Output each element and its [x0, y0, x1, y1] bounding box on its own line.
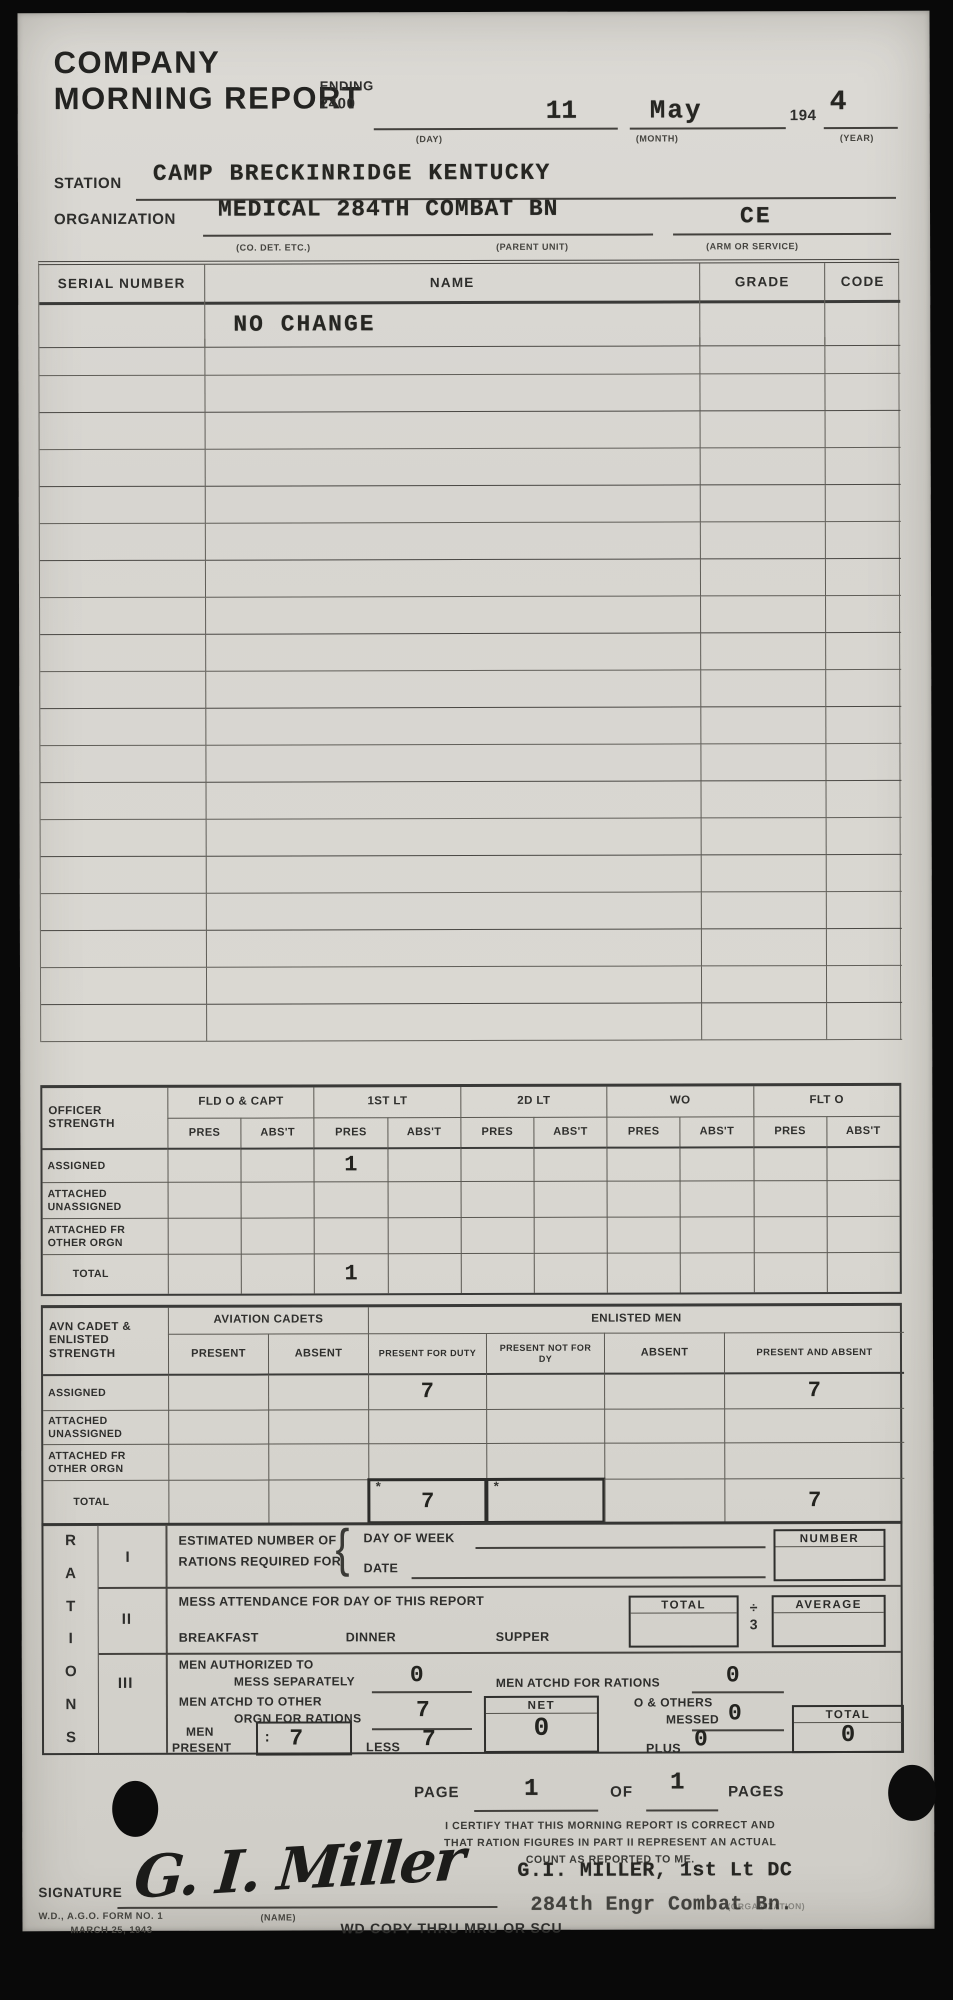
strength-value-cell	[168, 1410, 268, 1444]
strength-value-cell	[460, 1181, 533, 1217]
officer-sub-pres: PRES	[607, 1116, 680, 1146]
strength-value-cell	[753, 1180, 826, 1216]
strength-value-cell	[680, 1180, 753, 1216]
roster-empty-cell	[826, 966, 902, 1003]
men-present-line2: PRESENT	[172, 1741, 232, 1755]
plus-value: 0	[694, 1726, 708, 1752]
roster-empty-cell	[40, 746, 205, 783]
rations-vertical-letter: I	[69, 1631, 73, 1648]
officer-sub-pres: PRES	[753, 1116, 826, 1146]
form-title-line1: COMPANY	[54, 47, 221, 78]
roster-empty-cell	[700, 633, 825, 670]
roster-empty-cell	[700, 522, 825, 559]
strength-value-cell	[753, 1146, 826, 1180]
roster-empty-cell	[40, 450, 205, 487]
enlisted-sub-present-for-duty: PRESENT FOR DUTY	[368, 1333, 486, 1373]
officer-group-1st-lt: 1ST LT	[314, 1087, 460, 1117]
strength-value-cell	[534, 1253, 607, 1293]
strength-value-cell	[607, 1216, 680, 1252]
rations1-line1: ESTIMATED NUMBER OF	[178, 1533, 336, 1547]
month-caption: (MONTH)	[636, 133, 679, 143]
roster-empty-cell	[206, 818, 701, 856]
officer-strength-corner-label: OFFICER STRENGTH	[42, 1088, 167, 1148]
roster-empty-cell	[826, 818, 902, 855]
strength-value-cell	[533, 1147, 606, 1181]
rations-vertical-letter: S	[66, 1729, 76, 1746]
strength-value-cell	[241, 1181, 314, 1217]
mess-total-label: TOTAL	[631, 1597, 737, 1613]
roster-empty-cell	[824, 337, 900, 374]
roster-empty-cell	[206, 781, 701, 819]
roster-header-grade: GRADE	[699, 263, 824, 303]
day-of-week-label: DAY OF WEEK	[363, 1531, 454, 1545]
strength-value-cell	[827, 1252, 900, 1292]
strength-value-cell	[461, 1253, 534, 1293]
strength-value-cell	[387, 1147, 460, 1181]
roster-empty-cell	[205, 485, 700, 523]
officer-sub-pres: PRES	[460, 1117, 533, 1147]
roster-empty-cell	[826, 892, 902, 929]
roster-empty-cell	[205, 596, 700, 634]
strength-value-cell	[268, 1373, 368, 1409]
morning-report-scan: COMPANY MORNING REPORT ENDING 2400 11 (D…	[17, 11, 934, 1931]
divide-denominator: 3	[750, 1616, 758, 1632]
day-of-week-line	[476, 1546, 766, 1548]
roster-empty-cell	[41, 857, 206, 894]
rations-vertical-letter: A	[65, 1565, 76, 1582]
mess-total-box: TOTAL	[629, 1595, 739, 1647]
roster-empty-cell	[205, 707, 700, 745]
strength-row-label: TOTAL	[43, 1254, 168, 1294]
form-number-line2: MARCH 25, 1943	[70, 1925, 152, 1936]
strength-value-cell	[167, 1148, 240, 1182]
cadet-enlisted-strength-table: AVN CADET & ENLISTED STRENGTH AVIATION C…	[41, 1303, 903, 1526]
roster-table: SERIAL NUMBER NAME GRADE CODE NO CHANGE	[38, 259, 901, 1042]
divide-sign: ÷	[750, 1599, 758, 1615]
roster-empty-cell	[206, 966, 701, 1004]
of-label: OF	[610, 1784, 633, 1801]
enlisted-sub-absent: ABSENT	[604, 1332, 724, 1372]
strength-value-cell	[486, 1443, 604, 1479]
strength-value-cell	[604, 1442, 724, 1478]
strength-value-cell	[168, 1444, 268, 1480]
roster-empty-cell	[825, 411, 901, 448]
strength-value-cell: *	[486, 1479, 604, 1523]
strength-value-cell	[268, 1443, 368, 1479]
atchd-rations-line	[692, 1691, 784, 1693]
form-number-line1: W.D., A.G.O. FORM NO. 1	[38, 1911, 163, 1922]
roster-empty-cell	[40, 598, 205, 635]
station-label: STATION	[54, 175, 122, 192]
date-label: DATE	[364, 1561, 399, 1575]
strength-value-cell: 7	[724, 1478, 904, 1522]
roster-empty-cell	[204, 337, 699, 375]
strength-value-cell	[314, 1217, 387, 1253]
dinner-label: DINNER	[346, 1630, 396, 1644]
page-value: 1	[524, 1776, 538, 1803]
roster-empty-cell	[41, 1005, 206, 1042]
mess-attendance-heading: MESS ATTENDANCE FOR DAY OF THIS REPORT	[179, 1594, 485, 1609]
roster-empty-cell	[204, 374, 699, 412]
strength-value-cell	[534, 1217, 607, 1253]
roster-empty-cell	[40, 561, 205, 598]
number-box: NUMBER	[773, 1529, 885, 1581]
roster-empty-cell	[824, 374, 900, 411]
number-box-label: NUMBER	[775, 1531, 883, 1547]
strength-row-label: ATTACHED FR OTHER ORGN	[43, 1444, 168, 1480]
strength-value-cell	[724, 1408, 904, 1442]
copy-note: WD COPY THRU MRU OR SCU	[340, 1920, 562, 1937]
roster-empty-cell	[825, 670, 901, 707]
men-present-value: 7	[271, 1725, 303, 1751]
roster-empty-cell	[700, 485, 825, 522]
net-box: NET 0	[484, 1696, 599, 1753]
strength-row-label: ATTACHED UNASSIGNED	[43, 1182, 168, 1218]
month-value: May	[650, 95, 703, 125]
organization-value: MEDICAL 284TH COMBAT BN	[218, 196, 559, 223]
divide-by-three: ÷ 3	[750, 1599, 758, 1633]
brace-glyph: {	[335, 1518, 349, 1578]
less-label: LESS	[366, 1740, 400, 1754]
strength-value-cell: 1	[314, 1253, 387, 1293]
ending-label: ENDING	[320, 78, 374, 93]
strength-value-cell	[826, 1146, 899, 1180]
strength-value-cell	[314, 1181, 387, 1217]
roster-header-name: NAME	[204, 263, 699, 304]
net-box-label: NET	[486, 1698, 597, 1714]
rations-vertical-letter: R	[65, 1532, 76, 1549]
roster-header-code: CODE	[824, 263, 900, 303]
roster-empty-cell	[205, 522, 700, 560]
rations-row-divider-2	[99, 1651, 901, 1655]
roster-empty-cell	[40, 672, 205, 709]
pages-label: PAGES	[728, 1783, 784, 1800]
roster-empty-cell	[205, 633, 700, 671]
roster-empty-cell	[205, 559, 700, 597]
officer-group-2d-lt: 2D LT	[460, 1087, 606, 1117]
day-underline	[374, 128, 618, 131]
roster-empty-cell	[205, 411, 700, 449]
men-present-line1: MEN	[186, 1725, 214, 1739]
rations-numeral-3: III	[118, 1675, 134, 1692]
strength-value-cell	[826, 1180, 899, 1216]
cadet-enlisted-corner-label: AVN CADET & ENLISTED STRENGTH	[43, 1308, 168, 1374]
others-messed-value: 0	[728, 1700, 742, 1726]
supper-label: SUPPER	[496, 1630, 550, 1644]
strength-value-cell	[460, 1147, 533, 1181]
cadets-sub-absent: ABSENT	[268, 1333, 368, 1373]
less-value: 7	[422, 1726, 436, 1752]
average-box: AVERAGE	[772, 1595, 886, 1647]
year-prefix: 194	[790, 107, 817, 124]
name-caption: (NAME)	[260, 1912, 296, 1922]
auth-mess-line	[372, 1691, 472, 1693]
roster-empty-cell	[826, 929, 902, 966]
signature-line	[117, 1906, 497, 1909]
roster-empty-cell	[701, 818, 826, 855]
year-caption: (YEAR)	[840, 133, 874, 143]
strength-value-cell	[680, 1216, 753, 1252]
roster-header-serial: SERIAL NUMBER	[39, 265, 204, 305]
atchd-other-value: 7	[416, 1697, 430, 1723]
rations-total-value: 0	[794, 1723, 902, 1750]
roster-empty-cell	[700, 448, 825, 485]
roster-empty-cell	[206, 892, 701, 930]
roster-empty-cell	[825, 633, 901, 670]
auth-mess-line2: MESS SEPARATELY	[234, 1674, 355, 1688]
rations-section: RATIONS I II III ESTIMATED NUMBER OF RAT…	[41, 1521, 903, 1755]
roster-empty-cell	[825, 522, 901, 559]
roster-empty-cell	[826, 781, 902, 818]
officer-sub-abst: ABS'T	[241, 1117, 314, 1147]
roster-empty-cell	[40, 635, 205, 672]
strength-value-cell	[168, 1254, 241, 1294]
strength-row-label: ASSIGNED	[43, 1374, 168, 1410]
strength-value-cell	[607, 1146, 680, 1180]
atchd-rations-label: MEN ATCHD FOR RATIONS	[496, 1676, 660, 1690]
roster-empty-cell	[700, 744, 825, 781]
roster-entry-text: NO CHANGE	[205, 311, 375, 337]
strength-value-cell	[241, 1217, 314, 1253]
roster-empty-cell	[700, 670, 825, 707]
strength-value-cell	[604, 1408, 724, 1442]
footnote-asterisk: *	[374, 1481, 382, 1496]
men-present-box: : 7	[256, 1721, 352, 1755]
strength-value-cell	[486, 1409, 604, 1443]
rations1-line2: RATIONS REQUIRED FOR	[179, 1554, 342, 1568]
roster-empty-cell	[41, 894, 206, 931]
strength-value-cell	[387, 1217, 460, 1253]
strength-value-cell	[724, 1442, 904, 1478]
strength-value-cell	[268, 1409, 368, 1443]
arm-service-underline	[673, 233, 891, 236]
roster-empty-cell	[825, 707, 901, 744]
cadets-sub-present: PRESENT	[168, 1334, 268, 1374]
officer-group-wo: WO	[606, 1086, 752, 1116]
typed-officer-name: G.I. MILLER, 1st Lt DC	[517, 1859, 792, 1883]
strength-value-cell	[460, 1217, 533, 1253]
typed-unit: 284th Engr Combat Bn.	[530, 1893, 793, 1917]
roster-empty-cell	[699, 374, 824, 411]
roster-empty-cell	[40, 709, 205, 746]
roster-empty-cell	[40, 524, 205, 561]
breakfast-label: BREAKFAST	[179, 1631, 259, 1645]
roster-empty-cell	[701, 892, 826, 929]
roster-empty-cell	[206, 929, 701, 967]
men-present-prefix: :	[258, 1731, 271, 1747]
strength-value-cell	[607, 1252, 680, 1292]
roster-empty-cell	[826, 855, 902, 892]
strength-value-cell	[168, 1374, 268, 1410]
organization-underline	[203, 234, 653, 237]
group-enlisted-men: ENLISTED MEN	[368, 1306, 904, 1333]
roster-empty-cell	[825, 744, 901, 781]
strength-row-label: TOTAL	[43, 1480, 168, 1524]
strength-value-cell	[607, 1180, 680, 1216]
roster-empty-cell	[40, 487, 205, 524]
arm-service-caption: (ARM OR SERVICE)	[706, 241, 798, 251]
strength-value-cell: 7	[368, 1373, 486, 1409]
strength-row-label: ASSIGNED	[42, 1148, 167, 1182]
roster-empty-cell	[700, 596, 825, 633]
strength-value-cell	[168, 1182, 241, 1218]
roster-empty-cell	[41, 931, 206, 968]
roster-empty-cell	[205, 448, 700, 486]
roster-empty-cell	[825, 448, 901, 485]
strength-value-cell	[753, 1252, 826, 1292]
year-underline	[824, 127, 898, 129]
strength-value-cell: *7	[368, 1479, 486, 1523]
strength-value-cell	[534, 1181, 607, 1217]
others-line2: MESSED	[666, 1712, 719, 1726]
punch-hole-left	[112, 1781, 158, 1837]
signature-script: G. I. Miller	[132, 1825, 466, 1912]
punch-hole-right	[888, 1765, 936, 1821]
roster-empty-cell	[701, 929, 826, 966]
roster-empty-cell	[40, 413, 205, 450]
roster-empty-cell	[206, 855, 701, 893]
others-line1: O & OTHERS	[634, 1695, 713, 1709]
strength-value-cell: 7	[724, 1372, 904, 1408]
roster-empty-cell	[39, 376, 204, 413]
strength-value-cell	[604, 1372, 724, 1408]
officer-group-fldo-capt: FLD O & CAPT	[167, 1087, 313, 1117]
strength-value-cell	[753, 1216, 826, 1252]
unit-caption: (CO. DET. ETC.)	[236, 242, 311, 252]
strength-row-label: ATTACHED UNASSIGNED	[43, 1410, 168, 1444]
roster-empty-cell	[701, 781, 826, 818]
strength-value-cell	[168, 1480, 268, 1524]
strength-value-cell	[368, 1443, 486, 1479]
strength-value-cell	[268, 1479, 368, 1523]
pages-value: 1	[670, 1769, 684, 1796]
station-value: CAMP BRECKINRIDGE KENTUCKY	[153, 160, 551, 187]
atchd-rations-value: 0	[726, 1662, 740, 1688]
roster-empty-cell	[39, 339, 204, 376]
roster-empty-cell	[700, 411, 825, 448]
strength-value-cell: 1	[314, 1147, 387, 1181]
month-underline	[630, 127, 786, 129]
officer-sub-abst: ABS'T	[533, 1117, 606, 1147]
strength-row-label: ATTACHED FR OTHER ORGN	[43, 1218, 168, 1254]
strength-value-cell	[368, 1409, 486, 1443]
roster-empty-cell	[701, 855, 826, 892]
rations-vertical-letter: O	[65, 1663, 77, 1680]
parent-unit-caption: (PARENT UNIT)	[496, 242, 568, 252]
rations-vertical-label: RATIONS	[43, 1525, 99, 1753]
auth-mess-value: 0	[410, 1662, 424, 1688]
roster-empty-cell	[825, 559, 901, 596]
roster-empty-cell	[701, 966, 826, 1003]
day-caption: (DAY)	[416, 134, 443, 144]
organization-label: ORGANIZATION	[54, 211, 176, 228]
year-value: 4	[830, 87, 847, 118]
officer-sub-pres: PRES	[314, 1117, 387, 1147]
roster-empty-cell	[205, 670, 700, 708]
footnote-asterisk: *	[492, 1481, 500, 1496]
date-line	[412, 1576, 766, 1579]
form-title-line2: MORNING REPORT	[54, 82, 363, 114]
officer-sub-abst: ABS'T	[680, 1116, 753, 1146]
plus-label: PLUS	[646, 1741, 681, 1755]
roster-empty-cell	[826, 1003, 902, 1040]
roster-empty-cell	[41, 968, 206, 1005]
strength-value-cell	[241, 1147, 314, 1181]
rations-total-box: TOTAL 0	[792, 1705, 904, 1753]
signature-label: SIGNATURE	[38, 1885, 122, 1900]
roster-empty-cell	[206, 1003, 701, 1041]
roster-empty-cell	[825, 596, 901, 633]
strength-value-cell	[387, 1253, 460, 1293]
roster-empty-cell	[41, 820, 206, 857]
strength-value-cell	[486, 1373, 604, 1409]
rations-numeral-1: I	[126, 1549, 131, 1566]
rations-total-label: TOTAL	[794, 1707, 902, 1723]
strength-value-cell	[680, 1252, 753, 1292]
roster-empty-cell	[825, 485, 901, 522]
rations-row-divider-1	[99, 1585, 901, 1589]
officer-strength-table: OFFICER STRENGTH FLD O & CAPT 1ST LT 2D …	[40, 1083, 902, 1296]
roster-empty-cell	[41, 783, 206, 820]
arm-service-value: CE	[740, 203, 772, 229]
officer-sub-abst: ABS'T	[826, 1116, 899, 1146]
officer-sub-pres: PRES	[167, 1118, 240, 1148]
strength-value-cell	[241, 1253, 314, 1293]
auth-mess-line1: MEN AUTHORIZED TO	[179, 1657, 314, 1671]
roster-empty-cell	[700, 707, 825, 744]
enlisted-sub-present-not-for-duty: PRESENT NOT FOR DY	[486, 1333, 604, 1373]
page-line-2	[646, 1809, 718, 1811]
page-label: PAGE	[414, 1784, 459, 1801]
net-box-value: 0	[486, 1714, 597, 1743]
enlisted-sub-present-and-absent: PRESENT AND ABSENT	[724, 1332, 904, 1372]
roster-empty-cell	[205, 744, 700, 782]
atchd-other-line1: MEN ATCHD TO OTHER	[179, 1694, 322, 1708]
rations-numeral-divider	[165, 1525, 167, 1753]
strength-value-cell	[387, 1181, 460, 1217]
roster-empty-cell	[700, 559, 825, 596]
strength-value-cell	[826, 1216, 899, 1252]
ending-value: 2400	[320, 95, 356, 112]
rations-vertical-letter: N	[65, 1696, 76, 1713]
roster-empty-cell	[699, 337, 824, 374]
officer-sub-abst: ABS'T	[387, 1117, 460, 1147]
officer-group-flt-o: FLT O	[753, 1086, 899, 1116]
average-box-label: AVERAGE	[774, 1597, 884, 1613]
group-aviation-cadets: AVIATION CADETS	[168, 1307, 368, 1334]
rations-vertical-letter: T	[66, 1598, 75, 1615]
strength-value-cell	[604, 1478, 724, 1522]
strength-value-cell	[168, 1218, 241, 1254]
page-line-1	[474, 1810, 598, 1812]
strength-value-cell	[680, 1146, 753, 1180]
roster-empty-cell	[701, 1003, 826, 1040]
rations-numeral-2: II	[122, 1611, 132, 1628]
day-value: 11	[546, 96, 577, 126]
